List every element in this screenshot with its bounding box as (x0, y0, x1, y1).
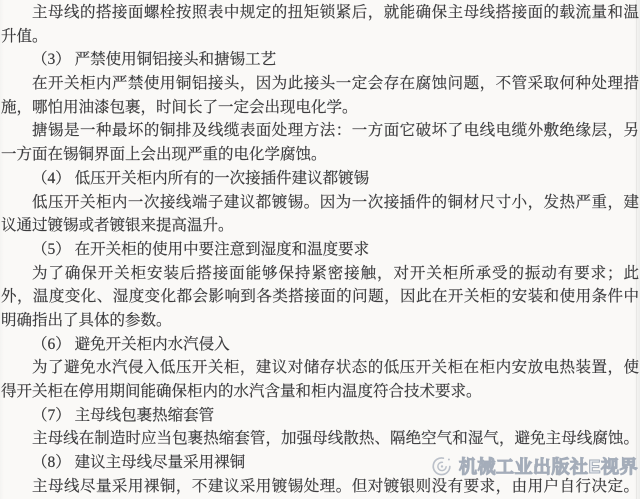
text-line: 低压开关柜内一次接线端子建议都镀锡。因为一次接插件的铜材尺寸小，发热严重，建 (1, 191, 639, 215)
text-line: 明确指出了具体的参数。 (1, 309, 639, 333)
text-line: 搪锡是一种最坏的铜排及线缆表面处理方法：一方面它破坏了电线电缆外敷绝缘层，另 (1, 119, 639, 143)
section-heading: （6） 避免开关柜内水汽侵入 (1, 333, 639, 357)
text-line: 主母线在制造时应当包裹热缩套管，加强母线散热、隔绝空气和湿气，避免主母线腐蚀。 (1, 427, 639, 451)
text-line: 主母线尽量采用裸铜，不建议采用镀锡处理。但对镀银则没有要求，由用户自行决定。 (1, 475, 639, 499)
text-line: 议通过镀锡或者镀银来提高温升。 (1, 214, 639, 238)
text-line: 升值。 (1, 25, 639, 49)
section-heading: （3） 严禁使用铜铝接头和搪锡工艺 (1, 48, 639, 72)
text-line: 在开关柜内严禁使用铜铝接头，因为此接头一定会存在腐蚀问题，不管采取何种处理措 (1, 72, 639, 96)
text-line: 外，温度变化、湿度变化都会影响到各类搭接面的问题，因此在开关柜的安装和使用条件中 (1, 285, 639, 309)
text-line: 得开关柜在停用期间能确保柜内的水汽含量和柜内温度符合技术要求。 (1, 380, 639, 404)
section-heading: （4） 低压开关柜内所有的一次接插件建议都镀锡 (1, 167, 639, 191)
section-heading: （8） 建议主母线尽量采用裸铜 (1, 451, 639, 475)
text-line: 主母线的搭接面螺栓按照表中规定的扭矩锁紧后，就能确保主母线搭接面的载流量和温 (1, 1, 639, 25)
text-line: 一方面在锡铜界面上会出现严重的电化学腐蚀。 (1, 143, 639, 167)
scanned-page: 主母线的搭接面螺栓按照表中规定的扭矩锁紧后，就能确保主母线搭接面的载流量和温 升… (0, 0, 640, 499)
document-text: 主母线的搭接面螺栓按照表中规定的扭矩锁紧后，就能确保主母线搭接面的载流量和温 升… (1, 1, 639, 498)
text-line: 为了确保开关柜安装后搭接面能够保持紧密接触，对开关柜所承受的振动有要求；此 (1, 262, 639, 286)
section-heading: （5） 在开关柜的使用中要注意到湿度和温度要求 (1, 238, 639, 262)
section-heading: （7） 主母线包裹热缩套管 (1, 404, 639, 428)
text-line: 为了避免水汽侵入低压开关柜，建议对储存状态的低压开关柜在柜内安放电热装置，使 (1, 356, 639, 380)
text-line: 施，哪怕用油漆包裹，时间长了一定会出现电化学。 (1, 96, 639, 120)
page-edge-crease (636, 0, 637, 499)
